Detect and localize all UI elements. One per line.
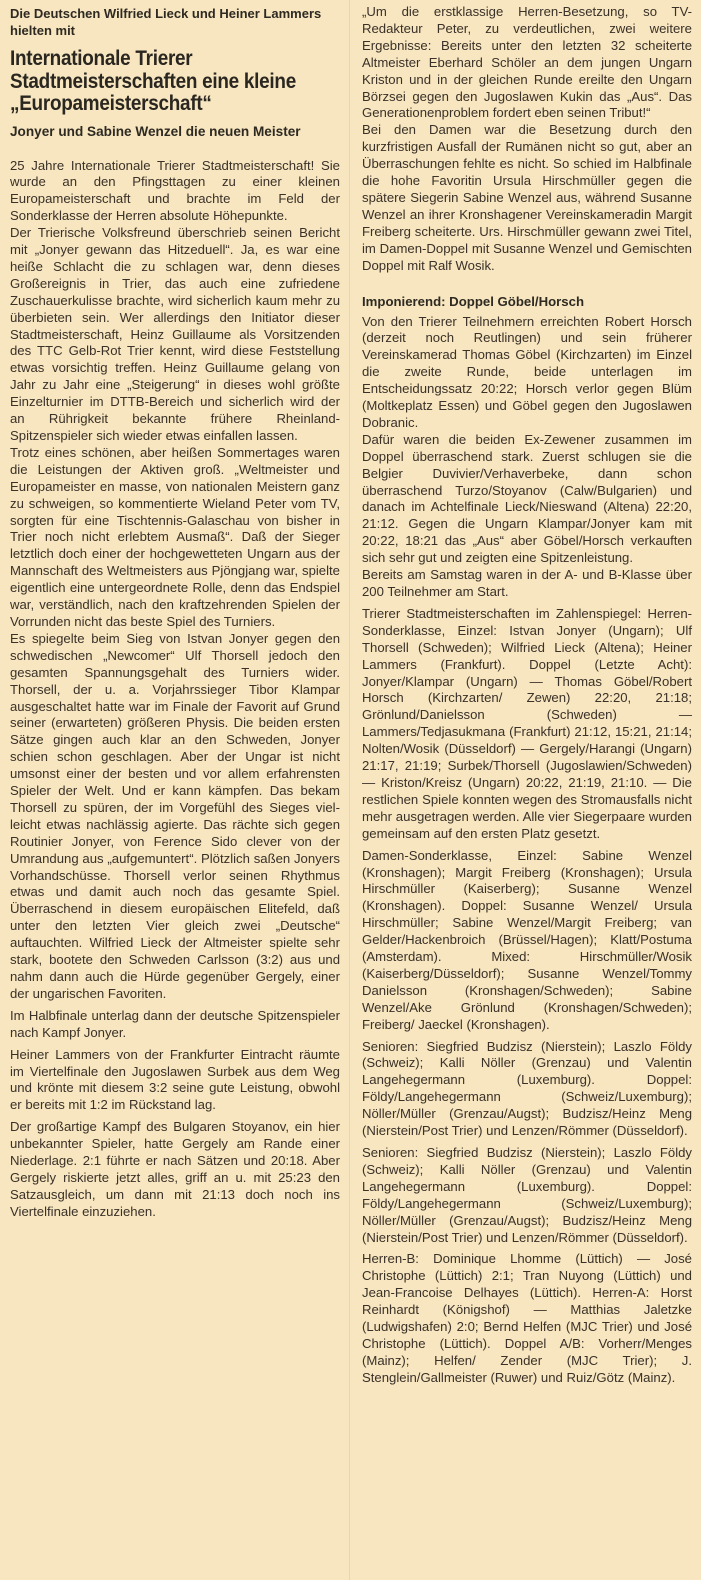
results-paragraph: Damen-Sonderklasse, Einzel: Sabine Wenze… xyxy=(362,848,692,1034)
article-kicker: Die Deutschen Wilfried Lieck und Heiner … xyxy=(10,6,340,39)
results-paragraph: Herren-B: Dominique Lhomme (Lüttich) — J… xyxy=(362,1251,692,1386)
paragraph: „Um die erstklassige Herren-Besetzung, s… xyxy=(362,4,692,122)
paragraph: Der großartige Kampf des Bulgaren Stoyan… xyxy=(10,1119,340,1220)
paragraph: Heiner Lammers von der Frankfurter Eintr… xyxy=(10,1047,340,1115)
results-paragraph: Senioren: Siegfried Budzisz (Nierstein);… xyxy=(362,1039,692,1140)
left-column: Die Deutschen Wilfried Lieck und Heiner … xyxy=(10,4,340,1221)
paragraph: Trotz eines schönen, aber heißen Sommert… xyxy=(10,445,340,631)
paragraph: Der Trierische Volksfreund überschrieb s… xyxy=(10,225,340,445)
paragraph: Von den Trierer Teilnehmern erreichten R… xyxy=(362,314,692,432)
paragraph: 25 Jahre Internationale Trierer Stadtmei… xyxy=(10,158,340,226)
newspaper-page: Die Deutschen Wilfried Lieck und Heiner … xyxy=(0,0,701,1580)
paragraph: Bei den Damen war die Besetzung durch de… xyxy=(362,122,692,274)
section-heading: Imponierend: Doppel Göbel/Horsch xyxy=(362,293,692,310)
results-paragraph: Senioren: Siegfried Budzisz (Nierstein);… xyxy=(362,1145,692,1246)
results-paragraph: Trierer Stadtmeisterschaften im Zahlensp… xyxy=(362,606,692,843)
article-subheadline: Jonyer und Sabine Wenzel die neuen Meist… xyxy=(10,123,340,140)
paragraph: Bereits am Samstag waren in der A- und B… xyxy=(362,567,692,601)
paragraph: Im Halbfinale unterlag dann der deutsche… xyxy=(10,1008,340,1042)
right-column: „Um die erstklassige Herren-Besetzung, s… xyxy=(362,4,692,1387)
column-divider xyxy=(349,0,350,1580)
article-headline: Internationale Trierer Stadtmeisterschaf… xyxy=(10,47,340,115)
paragraph: Dafür waren die beiden Ex-Zewener zusam­… xyxy=(362,432,692,567)
paragraph: Es spiegelte beim Sieg von Istvan Jonyer… xyxy=(10,631,340,1003)
